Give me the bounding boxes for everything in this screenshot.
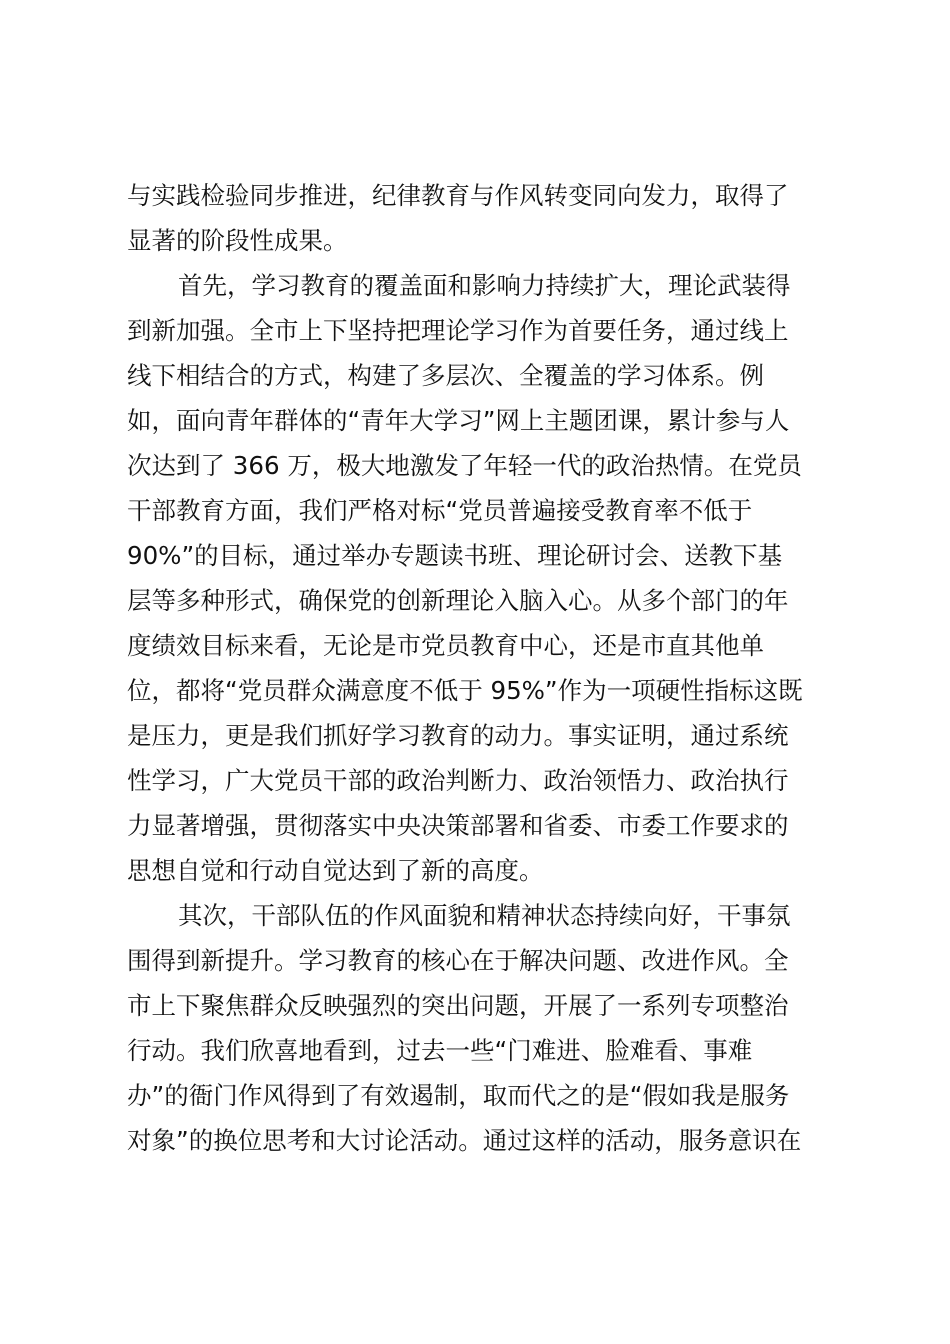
text-line: 行动。我们欣喜地看到，过去一些“门难进、脸难看、事难 — [127, 1036, 752, 1066]
text-line: 线下相结合的方式，构建了多层次、全覆盖的学习体系。例 — [127, 361, 764, 391]
text-line: 如，面向青年群体的“青年大学习”网上主题团课，累计参与人 — [127, 406, 789, 436]
text-line: 显著的阶段性成果。 — [127, 226, 348, 256]
text-line: 性学习，广大党员干部的政治判断力、政治领悟力、政治执行 — [127, 766, 789, 796]
paragraph-first-line: 首先，学习教育的覆盖面和影响力持续扩大，理论武装得 — [178, 271, 791, 301]
text-line: 与实践检验同步推进，纪律教育与作风转变同向发力，取得了 — [127, 181, 789, 211]
text-line: 力显著增强，贯彻落实中央决策部署和省委、市委工作要求的 — [127, 811, 789, 841]
text-line: 围得到新提升。学习教育的核心在于解决问题、改进作风。全 — [127, 946, 789, 976]
text-line: 干部教育方面，我们严格对标“党员普遍接受教育率不低于 — [127, 496, 752, 526]
text-line: 度绩效目标来看，无论是市党员教育中心，还是市直其他单 — [127, 631, 764, 661]
text-line: 90%”的目标，通过举办专题读书班、理论研讨会、送教下基 — [127, 541, 782, 571]
text-line: 到新加强。全市上下坚持把理论学习作为首要任务，通过线上 — [127, 316, 789, 346]
text-line: 思想自觉和行动自觉达到了新的高度。 — [127, 856, 544, 886]
text-line: 次达到了 366 万，极大地激发了年轻一代的政治热情。在党员 — [127, 451, 802, 481]
paragraph-first-line: 其次，干部队伍的作风面貌和精神状态持续向好，干事氛 — [178, 901, 791, 931]
text-line: 市上下聚焦群众反映强烈的突出问题，开展了一系列专项整治 — [127, 991, 789, 1021]
text-line: 对象”的换位思考和大讨论活动。通过这样的活动，服务意识在 — [127, 1126, 801, 1156]
text-line: 层等多种形式，确保党的创新理论入脑入心。从多个部门的年 — [127, 586, 789, 616]
document-page: 与实践检验同步推进，纪律教育与作风转变同向发力，取得了 显著的阶段性成果。 首先… — [0, 0, 950, 1344]
text-line: 办”的衙门作风得到了有效遏制，取而代之的是“假如我是服务 — [127, 1081, 789, 1111]
text-line: 位，都将“党员群众满意度不低于 95%”作为一项硬性指标这既 — [127, 676, 803, 706]
text-line: 是压力，更是我们抓好学习教育的动力。事实证明，通过系统 — [127, 721, 789, 751]
